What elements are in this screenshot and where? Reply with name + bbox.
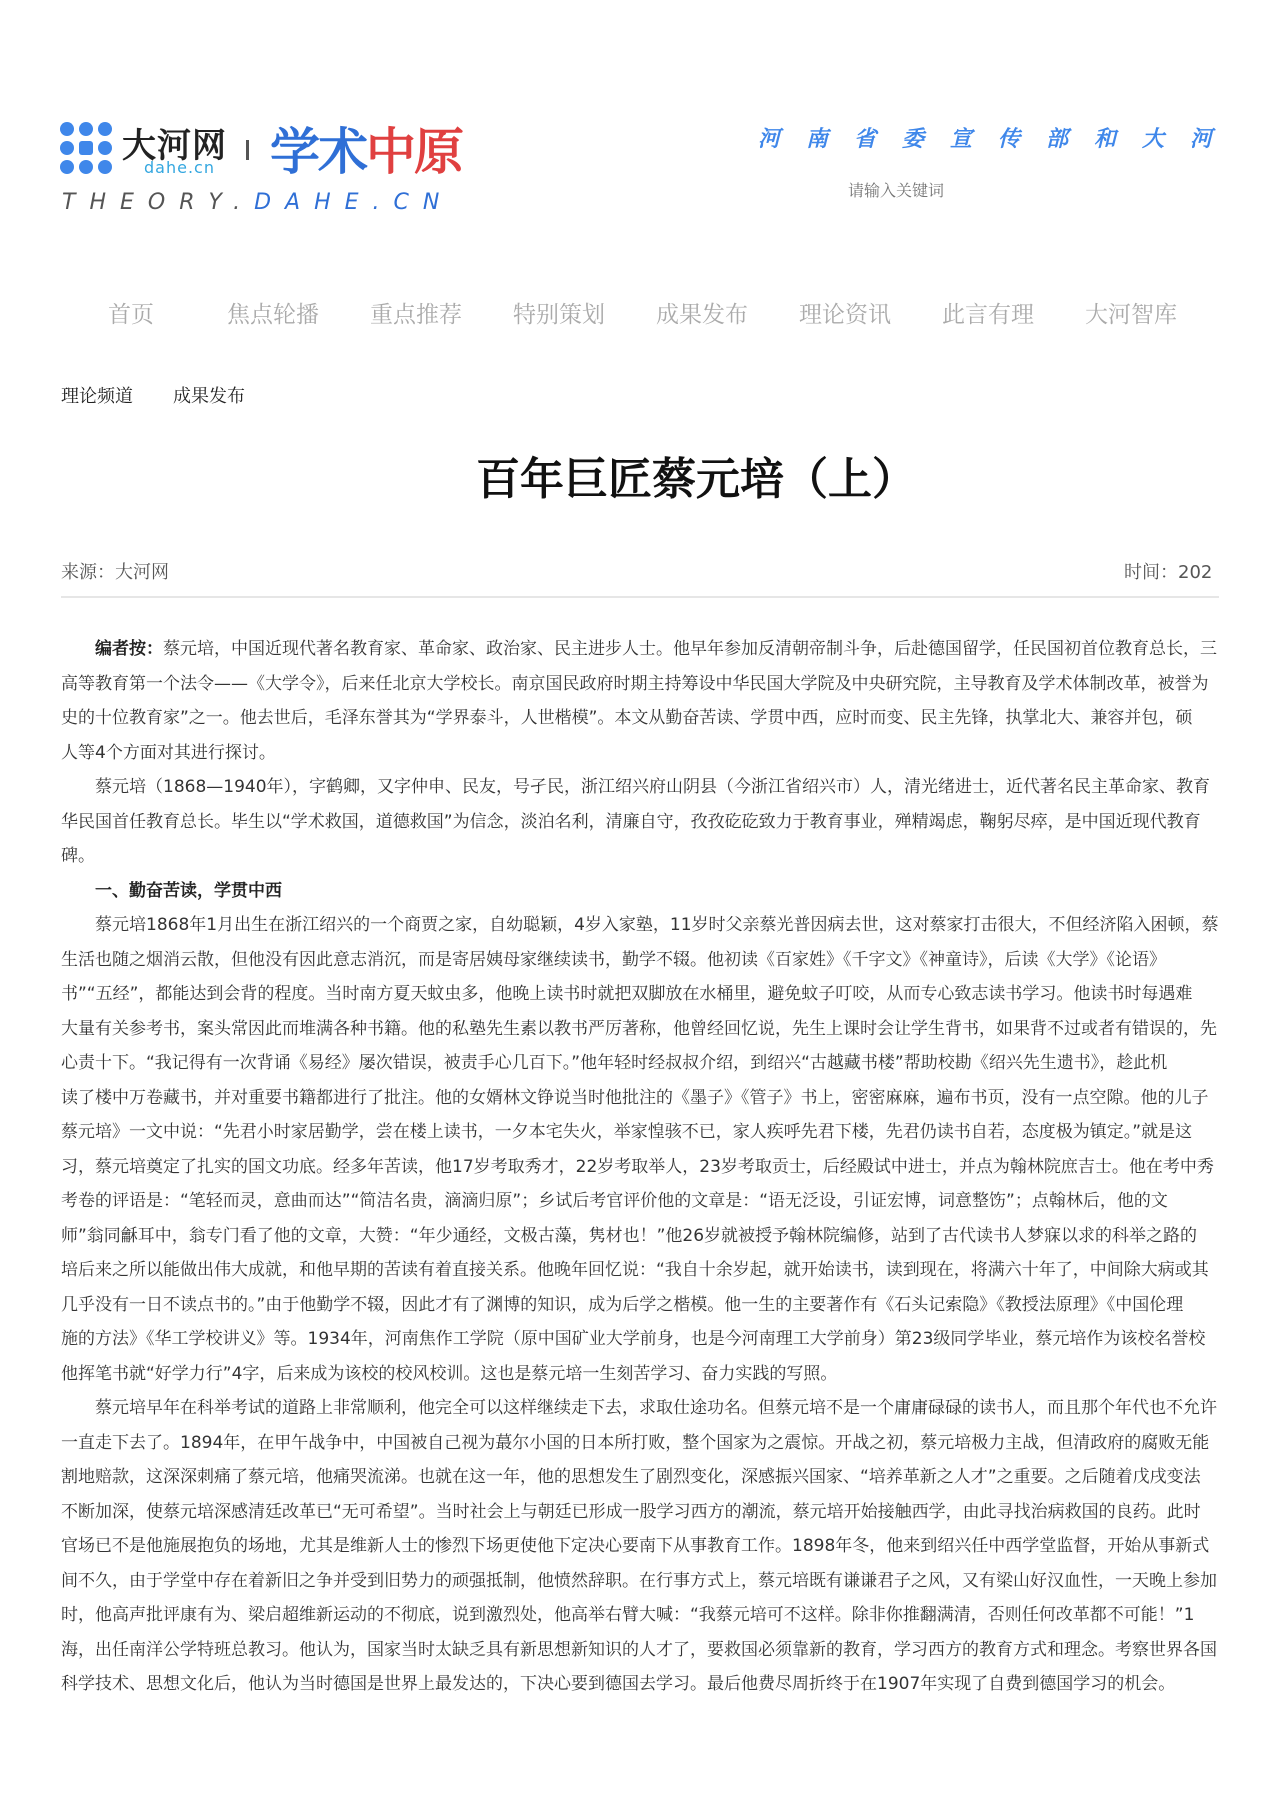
logo-channel-name: 学术中原 (270, 112, 462, 184)
main-nav: 首页 焦点轮播 重点推荐 特别策划 成果发布 理论资讯 此言有理 大河智库 (108, 296, 1228, 329)
section-heading: 一、勤奋苦读，学贯中西 (61, 874, 1220, 909)
nav-item-opinion[interactable]: 此言有理 (942, 296, 1034, 329)
article-body: 编者按：蔡元培，中国近现代著名教育家、革命家、政治家、民主进步人士。他早年参加反… (61, 632, 1220, 1702)
logo-channel-red: 中原 (366, 123, 462, 181)
article-line: 蔡元培》一文中说：“先君小时家居勤学，尝在楼上读书，一夕本宅失火，举家惶骇不已，… (61, 1115, 1220, 1150)
logo-site-domain: dahe.cn (144, 158, 215, 177)
article-line: 割地赔款，这深深刺痛了蔡元培，他痛哭流涕。也就在这一年，他的思想发生了剧烈变化，… (61, 1460, 1220, 1495)
article-line: 生活也随之烟消云散，但他没有因此意志消沉，而是寄居姨母家继续读书，勤学不辍。他初… (61, 943, 1220, 978)
search-input[interactable] (846, 180, 1050, 201)
article-line: 蔡元培1868年1月出生在浙江绍兴的一个商贾之家，自幼聪颖，4岁入家塾，11岁时… (61, 908, 1220, 943)
article-line: 师”翁同龢耳中，翁专门看了他的文章，大赞：“年少通经，文极古藻，隽材也！”他26… (61, 1219, 1220, 1254)
article-line: 书”“五经”，都能达到会背的程度。当时南方夏天蚊虫多，他晚上读书时就把双脚放在水… (61, 977, 1220, 1012)
article-line: 施的方法》《华工学校讲义》等。1934年，河南焦作工学院（原中国矿业大学前身，也… (61, 1322, 1220, 1357)
article-line: 间不久，由于学堂中存在着新旧之争并受到旧势力的顽强抵制，他愤然辞职。在行事方式上… (61, 1564, 1220, 1599)
nav-item-results[interactable]: 成果发布 (656, 296, 748, 329)
article-line: 心责十下。“我记得有一次背诵《易经》屡次错误，被责手心几百下。”他年轻时经叔叔介… (61, 1046, 1220, 1081)
article-line: 人等4个方面对其进行探讨。 (61, 736, 1220, 771)
header-slogan: 河南省委宣传部和大河 (758, 122, 1218, 153)
nav-item-home[interactable]: 首页 (108, 296, 154, 329)
nav-item-focus[interactable]: 焦点轮播 (227, 296, 319, 329)
nav-item-special[interactable]: 特别策划 (513, 296, 605, 329)
logo-separator (246, 140, 249, 160)
article-line: 几乎没有一日不读点书的。”由于他勤学不辍，因此才有了渊博的知识，成为后学之楷模。… (61, 1288, 1220, 1323)
nav-item-news[interactable]: 理论资讯 (799, 296, 891, 329)
article-time: 时间：202 (1124, 558, 1220, 584)
breadcrumb: 理论频道 成果发布 (61, 382, 245, 408)
breadcrumb-theory-channel[interactable]: 理论频道 (61, 382, 133, 408)
editor-note-line: 编者按：蔡元培，中国近现代著名教育家、革命家、政治家、民主进步人士。他早年参加反… (61, 632, 1220, 667)
article-line: 史的十位教育家”之一。他去世后，毛泽东誉其为“学界泰斗，人世楷模”。本文从勤奋苦… (61, 701, 1220, 736)
article-line: 蔡元培早年在科举考试的道路上非常顺利，他完全可以这样继续走下去，求取仕途功名。但… (61, 1391, 1220, 1426)
article-line: 不断加深，使蔡元培深感清廷改革已“无可希望”。当时社会上与朝廷已形成一股学习西方… (61, 1495, 1220, 1530)
article-line: 华民国首任教育总长。毕生以“学术救国，道德救国”为信念，淡泊名利，清廉自守，孜孜… (61, 805, 1220, 840)
logo-channel-blue: 学术 (270, 123, 366, 181)
article-line: 习，蔡元培奠定了扎实的国文功底。经多年苦读，他17岁考取秀才，22岁考取举人，2… (61, 1150, 1220, 1185)
site-logo[interactable]: 大河网 dahe.cn 学术中原 THEORY.DAHE.CN (60, 118, 480, 218)
article-line: 一直走下去了。1894年，在甲午战争中，中国被自己视为蕞尔小国的日本所打败，整个… (61, 1426, 1220, 1461)
breadcrumb-results[interactable]: 成果发布 (173, 382, 245, 408)
meta-divider (61, 596, 1219, 598)
dahe-logo-icon (60, 122, 116, 178)
article-source: 来源：大河网 (61, 558, 169, 584)
logo-theory-blue: DAHE.CN (254, 190, 453, 215)
article-line: 大量有关参考书，案头常因此而堆满各种书籍。他的私塾先生素以教书严厉著称，他曾经回… (61, 1012, 1220, 1047)
article-line: 时，他高声批评康有为、梁启超维新运动的不彻底，说到激烈处，他高举右臂大喊：“我蔡… (61, 1598, 1220, 1633)
article-line: 读了楼中万卷藏书，并对重要书籍都进行了批注。他的女婿林文铮说当时他批注的《墨子》… (61, 1081, 1220, 1116)
nav-item-featured[interactable]: 重点推荐 (370, 296, 462, 329)
article-line: 海，出任南洋公学特班总教习。他认为，国家当时太缺乏具有新思想新知识的人才了，要救… (61, 1633, 1220, 1668)
editor-note-label: 编者按： (95, 639, 163, 659)
article-line: 培后来之所以能做出伟大成就，和他早期的苦读有着直接关系。他晚年回忆说：“我自十余… (61, 1253, 1220, 1288)
nav-item-thinktank[interactable]: 大河智库 (1085, 296, 1177, 329)
article-title: 百年巨匠蔡元培（上） (0, 443, 1269, 507)
article-line: 官场已不是他施展抱负的场地，尤其是维新人士的惨烈下场更使他下定决心要南下从事教育… (61, 1529, 1220, 1564)
article-line: 科学技术、思想文化后，他认为当时德国是世界上最发达的，下决心要到德国去学习。最后… (61, 1667, 1220, 1702)
article-line: 蔡元培（1868—1940年），字鹤卿，又字仲申、民友，号孑民，浙江绍兴府山阴县… (61, 770, 1220, 805)
logo-theory-domain: THEORY.DAHE.CN (62, 190, 453, 215)
article-line: 碑。 (61, 839, 1220, 874)
article-line: 考卷的评语是：“笔轻而灵，意曲而达”“简洁名贵，滴滴归原”；乡试后考官评价他的文… (61, 1184, 1220, 1219)
logo-theory-gray: THEORY. (62, 190, 254, 215)
article-line: 他挥笔书就“好学力行”4字，后来成为该校的校风校训。这也是蔡元培一生刻苦学习、奋… (61, 1357, 1220, 1392)
article-line: 高等教育第一个法令——《大学令》，后来任北京大学校长。南京国民政府时期主持筹设中… (61, 667, 1220, 702)
